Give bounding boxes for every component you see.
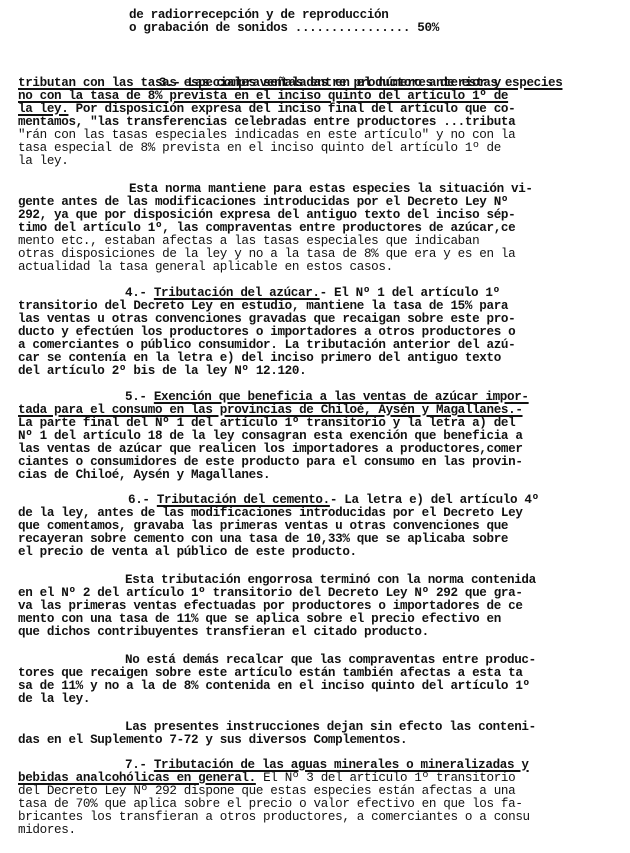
intro-line-2: o grabación de sonidos ................ … [129,22,439,35]
section7-number: 7.- [125,758,147,772]
section7-text-line-1: El Nº 3 del artículo 1º transitorio [256,771,515,785]
section6-text-line-5: el precio de venta al público de este pr… [18,546,357,559]
section3-body-line-4: tasa especial de 8% prevista en el incis… [18,142,501,155]
section7-heading-line-1: Tributación de las aguas minerales o min… [154,758,529,772]
section5-heading-line-1: Exención que beneficia a las ventas de a… [154,390,529,404]
section6-note1-line-5: que dichos contribuyentes transfieran el… [18,626,429,639]
section4-number: 4.- [125,286,147,300]
section6-note2-line-4: de la ley. [18,693,90,706]
section6-note3-line-2: das en el Suplemento 7-72 y sus diversos… [18,734,407,747]
section4-heading: Tributación del azúcar. [154,286,320,300]
section6-text-line-1: - La letra e) del artículo 4º [330,493,539,507]
section6-heading: Tributación del cemento. [157,493,330,507]
scanned-document-page: de radiorrecepción y de reproducción o g… [0,0,630,853]
section3-body-line-5: la ley. [18,155,68,168]
section3-heading-line-4: la ley. [18,102,68,116]
section7-text-line-4: bricantes los transfieran a otros produc… [18,811,530,824]
section7-text-line-5: midores. [18,824,76,837]
section3-note-line-7: actualidad la tasa general aplicable en … [18,261,393,274]
section5-text-line-5: cias de Chiloé, Aysén y Magallanes. [18,469,270,482]
section3-body-line-1: Por disposición expresa del inciso final… [76,102,516,116]
section7-heading-line-2: bebidas analcohólicas en general. [18,771,256,785]
section6-note2-line-3: sa de 11% y no a la de 8% contenida en e… [18,680,530,693]
section6-number: 6.- [128,493,150,507]
section5-number: 5.- [125,390,147,404]
section4-text-line-7: del artículo 2º bis de la ley Nº 12.120. [18,365,306,378]
section4-text-line-1: - El Nº 1 del artículo 1º [320,286,500,300]
